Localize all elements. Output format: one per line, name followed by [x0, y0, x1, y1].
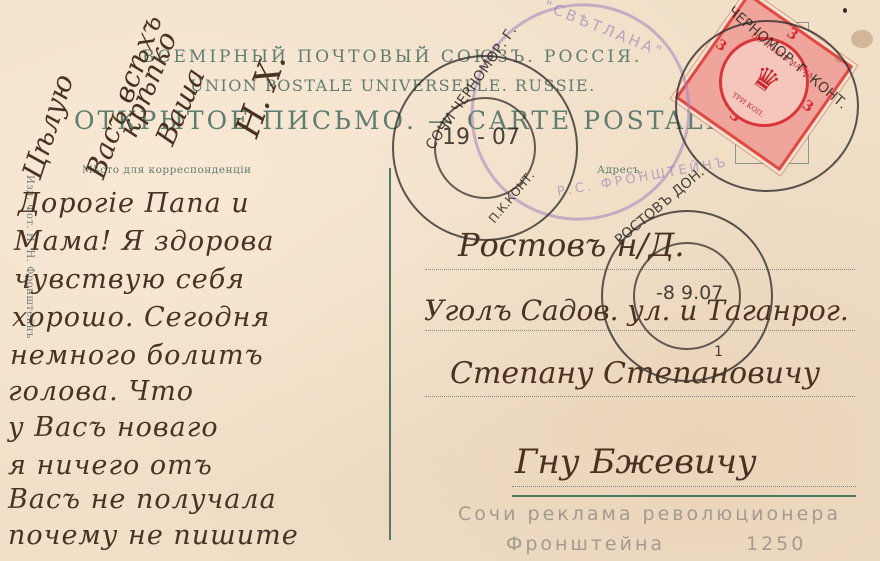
postmark-sochi-date: 19 - 07: [442, 125, 520, 150]
message-line: немного болитъ: [10, 340, 264, 371]
ink-dot: [843, 8, 847, 13]
address-line: [512, 486, 856, 487]
address-underline: [512, 495, 856, 497]
message-line: Васъ не получала: [8, 484, 277, 515]
message-line: чувствую себя: [14, 264, 245, 295]
address-city: Ростовъ н/Д.: [458, 226, 685, 264]
pencil-note: Фронштейна: [506, 533, 665, 555]
message-line: голова. Что: [8, 376, 194, 407]
message-line: почему не пишите: [8, 520, 299, 551]
pencil-price: 1250: [746, 533, 806, 555]
center-divider: [389, 168, 391, 540]
message-line: хорошо. Сегодня: [12, 302, 270, 333]
address-recipient: Степану Степановичу: [450, 356, 820, 391]
foxing-stain: [851, 30, 873, 48]
pencil-note: Сочи реклама революционера: [458, 503, 841, 525]
address-street: Уголъ Садов. ул. и Таганрог.: [424, 294, 849, 327]
margin-handwriting: Цѣлую: [16, 70, 81, 183]
message-line: у Васъ новаго: [8, 412, 219, 443]
postcard: ВСЕМІРНЫЙ ПОЧТОВЫЙ СОЮЗЪ. РОССІЯ. UNION …: [0, 0, 880, 561]
message-line: я ничего отъ: [8, 450, 213, 481]
message-line: Мама! Я здорова: [14, 226, 275, 257]
message-line: Дорогіе Папа и: [18, 188, 250, 219]
address-surname: Гну Бжевичу: [515, 442, 757, 482]
address-line: [425, 396, 855, 397]
foxing-stain: [835, 55, 843, 63]
